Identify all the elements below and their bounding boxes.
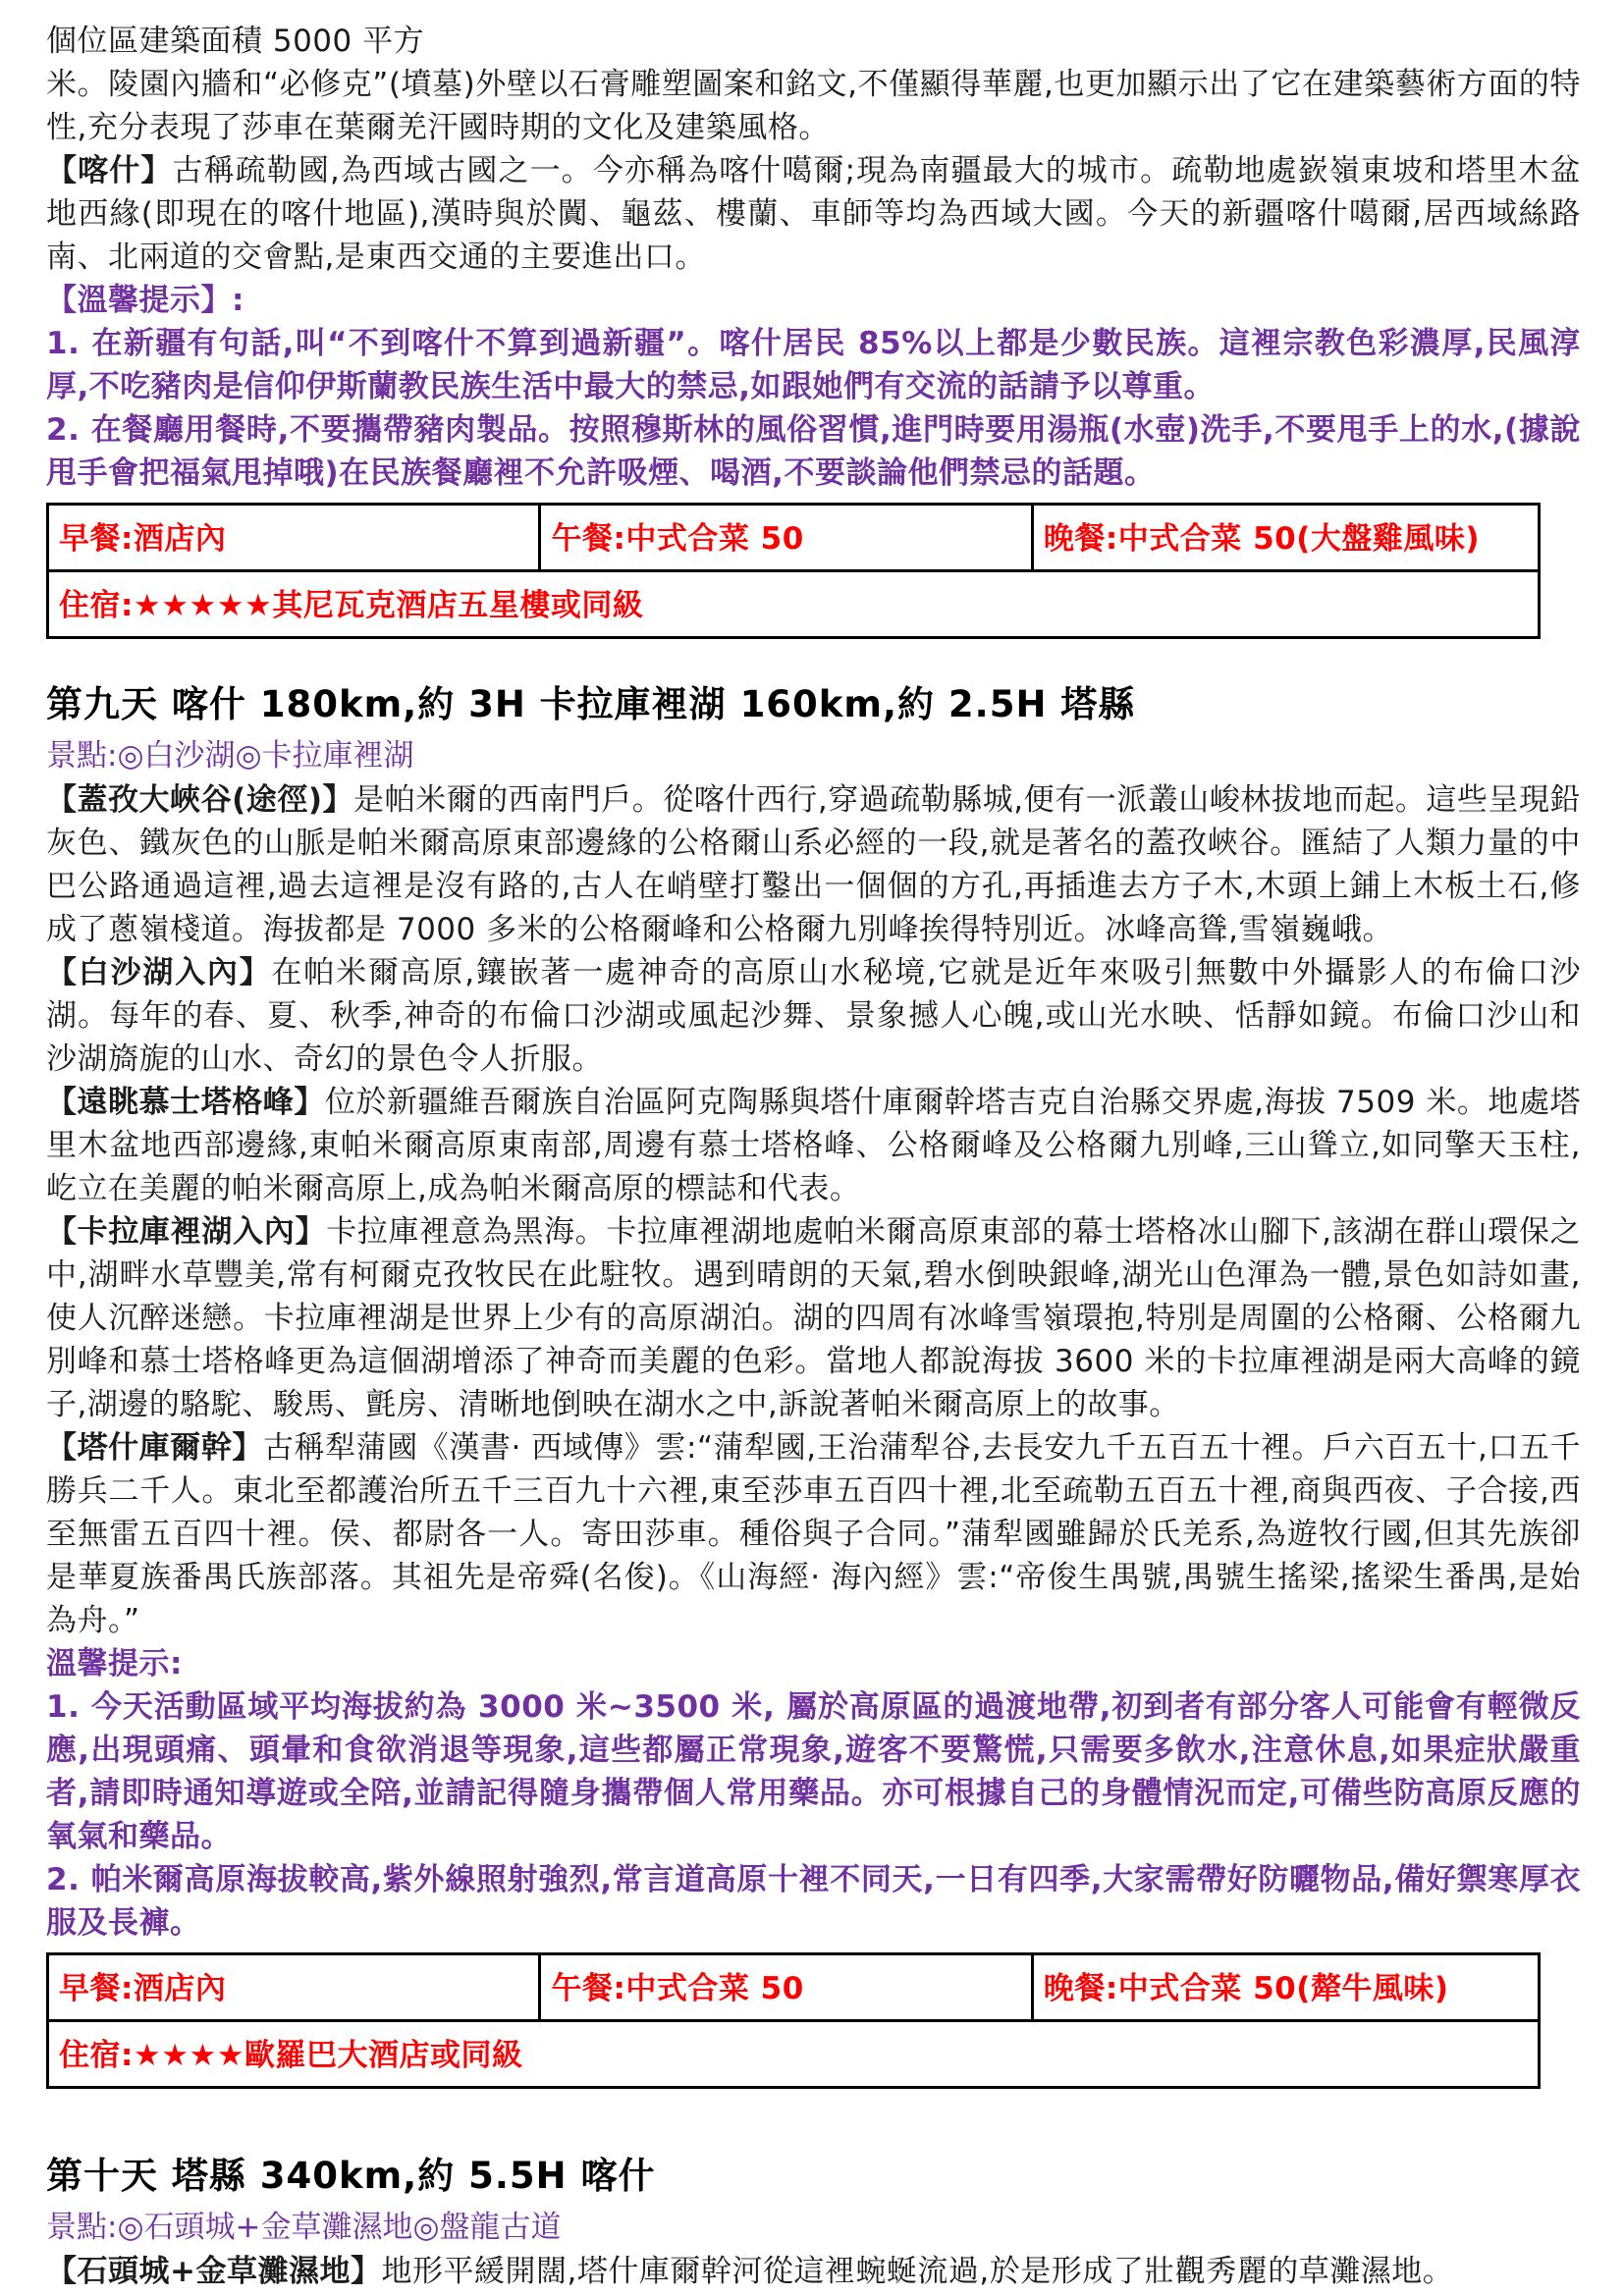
- lodging-row: 住宿:★★★★歐羅巴大酒店或同級: [48, 2021, 1540, 2088]
- section-text: 在帕米爾高原,鑲嵌著一處神奇的高原山水秘境,它就是近年來吸引無數中外攝影人的布倫…: [46, 955, 1581, 1077]
- lodging-cell: 住宿:★★★★★其尼瓦克酒店五星樓或同級: [48, 571, 1540, 638]
- day9-meal-table: 早餐:酒店內 午餐:中式合菜 50 晚餐:中式合菜 50(犛牛風味) 住宿:★★…: [46, 1952, 1541, 2089]
- lodging-row: 住宿:★★★★★其尼瓦克酒店五星樓或同級: [48, 571, 1540, 638]
- tips2-item-2: 2. 帕米爾高原海拔較高,紫外線照射強烈,常言道高原十裡不同天,一日有四季,大家…: [46, 1858, 1581, 1945]
- day9-section-tashkurgan: 【塔什庫爾幹】古稱犁蒲國《漢書· 西域傳》雲:“蒲犁國,王治蒲犁谷,去長安九千五…: [46, 1426, 1581, 1642]
- day10-title: 第十天 塔縣 340km,約 5.5H 喀什: [46, 2146, 1581, 2199]
- day9-section-karakul: 【卡拉庫裡湖入內】卡拉庫裡意為黑海。卡拉庫裡湖地處帕米爾高原東部的幕士塔格冰山腳…: [46, 1210, 1581, 1426]
- tips2-header: 溫馨提示:: [46, 1642, 1581, 1685]
- tips1-item-2: 2. 在餐廳用餐時,不要攜帶豬肉製品。按照穆斯林的風俗習慣,進門時要用湯瓶(水壺…: [46, 408, 1581, 495]
- tips2-item-1: 1. 今天活動區域平均海拔約為 3000 米~3500 米, 屬於高原區的過渡地…: [46, 1685, 1581, 1858]
- section-label: 【遠眺慕士塔格峰】: [46, 1085, 325, 1120]
- dinner-cell: 晚餐:中式合菜 50(犛牛風味): [1032, 1954, 1539, 2021]
- day9-section-baishahu: 【白沙湖入內】在帕米爾高原,鑲嵌著一處神奇的高原山水秘境,它就是近年來吸引無數中…: [46, 951, 1581, 1081]
- section-label: 【塔什庫爾幹】: [46, 1430, 263, 1466]
- intro-paragraph: 米。陵園內牆和“必修克”(墳墓)外壁以石膏雕塑圖案和銘文,不僅顯得華麗,也更加顯…: [46, 63, 1581, 149]
- section-label: 【白沙湖入內】: [46, 955, 272, 990]
- tips1-header: 【溫馨提示】:: [46, 279, 1581, 322]
- day9-section-gaizi: 【蓋孜大峽谷(途徑)】是帕米爾的西南門戶。從喀什西行,穿過疏勒縣城,便有一派叢山…: [46, 778, 1581, 951]
- section-text: 地形平緩開闊,塔什庫爾幹河從這裡蜿蜒流過,於是形成了壯觀秀麗的草灘濕地。: [381, 2254, 1453, 2289]
- meal-row: 早餐:酒店內 午餐:中式合菜 50 晚餐:中式合菜 50(大盤雞風味): [48, 505, 1540, 571]
- day10-section-stonecity: 【石頭城+金草灘濕地】地形平緩開闊,塔什庫爾幹河從這裡蜿蜒流過,於是形成了壯觀秀…: [46, 2250, 1581, 2293]
- tips1-item-1: 1. 在新疆有句話,叫“不到喀什不算到過新疆”。喀什居民 85%以上都是少數民族…: [46, 322, 1581, 408]
- day9-spots: 景點:◎白沙湖◎卡拉庫裡湖: [46, 733, 1581, 778]
- lodging-cell: 住宿:★★★★歐羅巴大酒店或同級: [48, 2021, 1540, 2088]
- section-label: 【石頭城+金草灘濕地】: [46, 2254, 381, 2289]
- breakfast-cell: 早餐:酒店內: [48, 1954, 540, 2021]
- day8-meal-table: 早餐:酒店內 午餐:中式合菜 50 晚餐:中式合菜 50(大盤雞風味) 住宿:★…: [46, 503, 1541, 639]
- intro-line-1: 個位區建築面積 5000 平方: [46, 20, 1581, 63]
- section-text: 古稱犁蒲國《漢書· 西域傳》雲:“蒲犁國,王治蒲犁谷,去長安九千五百五十裡。戶六…: [46, 1430, 1581, 1638]
- day9-section-muztagh: 【遠眺慕士塔格峰】位於新疆維吾爾族自治區阿克陶縣與塔什庫爾幹塔吉克自治縣交界處,…: [46, 1081, 1581, 1210]
- day9-title: 第九天 喀什 180km,約 3H 卡拉庫裡湖 160km,約 2.5H 塔縣: [46, 674, 1581, 727]
- dinner-cell: 晚餐:中式合菜 50(大盤雞風味): [1032, 505, 1539, 571]
- kashgar-paragraph: 【喀什】古稱疏勒國,為西域古國之一。今亦稱為喀什噶爾;現為南疆最大的城市。疏勒地…: [46, 149, 1581, 279]
- section-label: 【蓋孜大峽谷(途徑)】: [46, 782, 353, 818]
- breakfast-cell: 早餐:酒店內: [48, 505, 540, 571]
- lunch-cell: 午餐:中式合菜 50: [540, 1954, 1032, 2021]
- lunch-cell: 午餐:中式合菜 50: [540, 505, 1032, 571]
- section-label: 【卡拉庫裡湖入內】: [46, 1214, 326, 1250]
- itinerary-document-page: 個位區建築面積 5000 平方 米。陵園內牆和“必修克”(墳墓)外壁以石膏雕塑圖…: [0, 0, 1624, 2296]
- day10-spots: 景點:◎石頭城+金草灘濕地◎盤龍古道: [46, 2205, 1581, 2250]
- kashgar-text: 古稱疏勒國,為西域古國之一。今亦稱為喀什噶爾;現為南疆最大的城市。疏勒地處嶔嶺東…: [46, 153, 1581, 275]
- kashgar-label: 【喀什】: [46, 153, 172, 188]
- meal-row: 早餐:酒店內 午餐:中式合菜 50 晚餐:中式合菜 50(犛牛風味): [48, 1954, 1540, 2021]
